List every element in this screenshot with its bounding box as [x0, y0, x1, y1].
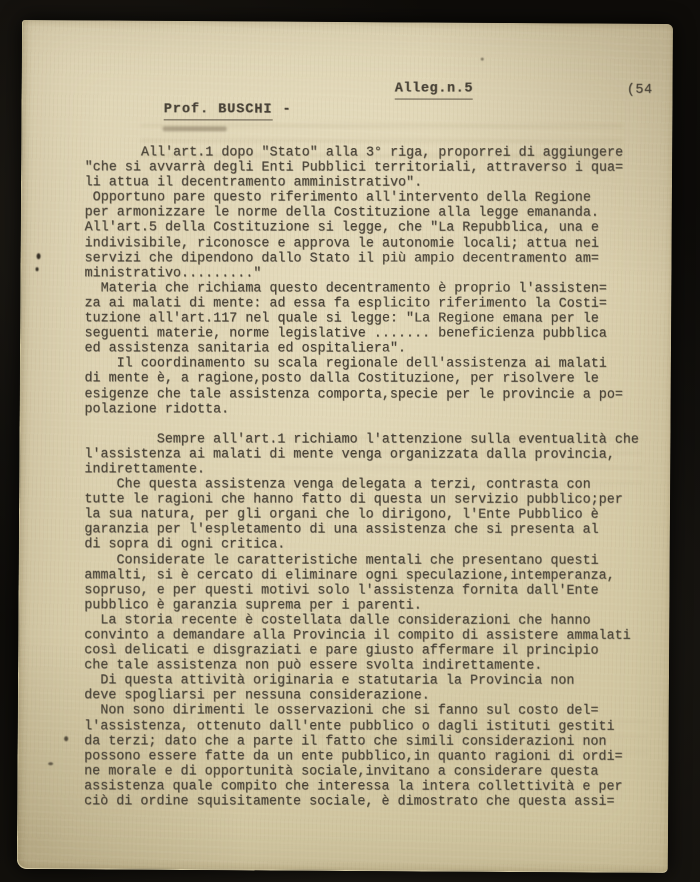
ink-speck — [36, 267, 39, 271]
ink-speck — [64, 736, 68, 741]
ink-smudge — [163, 126, 227, 131]
attachment-label: Alleg.n.5 — [395, 82, 473, 100]
ink-speck — [481, 58, 484, 61]
document-body-text: All'art.1 dopo "Stato" alla 3° riga, pro… — [84, 145, 639, 810]
document-title: Prof. BUSCHI- — [164, 102, 292, 117]
ink-speck — [37, 253, 41, 259]
document-page: Alleg.n.5 (54 Prof. BUSCHI- All'art.1 do… — [17, 20, 673, 873]
title-dash: - — [282, 102, 291, 117]
ink-speck — [48, 762, 53, 765]
page-content: Alleg.n.5 (54 Prof. BUSCHI- All'art.1 do… — [22, 20, 673, 869]
author-name: Prof. BUSCHI — [164, 102, 273, 120]
page-number: (54 — [627, 83, 653, 98]
photo-background: Alleg.n.5 (54 Prof. BUSCHI- All'art.1 do… — [0, 0, 700, 882]
